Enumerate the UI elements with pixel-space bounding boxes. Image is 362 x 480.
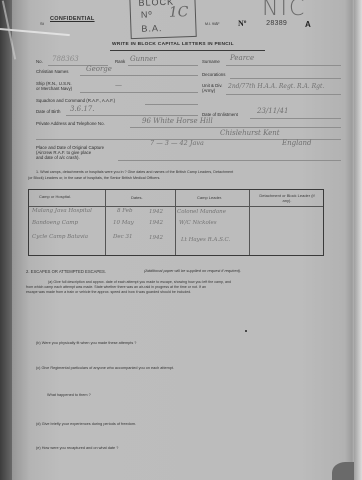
field-rule — [128, 65, 198, 66]
year-cell: 1942 — [149, 221, 163, 227]
column-divider — [175, 190, 176, 255]
date-cell: 8 Feb — [117, 209, 133, 215]
capture-value: 7 — 3 — 42 Java — [150, 140, 204, 147]
question-a-line1: (a) Give full description and approx. da… — [48, 280, 231, 284]
camps-table: Camp or Hospital. Dates. Camp Leader. De… — [28, 189, 324, 256]
field-rule — [80, 92, 198, 93]
unit-label-line2: (Army) — [202, 89, 215, 93]
stamp-line2: Nº — [141, 9, 153, 19]
enlistment-value: 23/11/41 — [257, 108, 288, 115]
confidential-prefix: St — [40, 22, 44, 26]
column-divider — [249, 190, 250, 255]
section2-note: (Additional paper will be supplied on re… — [144, 269, 241, 274]
surname-label: Surname — [202, 60, 220, 64]
column-header-block: Detachment or Block Leader (if any). — [255, 194, 319, 204]
year-cell: 1942 — [149, 236, 163, 242]
ship-value: — — [115, 82, 122, 89]
decorations-label: Decorations — [202, 73, 225, 77]
section2-title: 2. ESCAPES OR ATTEMPTED ESCAPES. — [26, 269, 106, 274]
question-d: (d) Give briefly your experiences during… — [36, 422, 136, 427]
confidential-label: CONFIDENTIAL — [50, 17, 95, 23]
squadron-label: Squadron and Command (R.A.F., A.A.F.) — [36, 99, 115, 103]
field-rule — [130, 127, 341, 128]
header-divider — [29, 206, 323, 207]
capture-label-line3: and date of a/c crash). — [36, 156, 80, 160]
field-rule — [250, 118, 341, 119]
form-title: WRITE IN BLOCK CAPITAL LETTERS IN PENCIL — [112, 43, 234, 48]
field-rule — [145, 104, 198, 105]
field-rule — [80, 75, 198, 76]
field-rule — [230, 78, 341, 79]
form-code: M.I. 9/ĀF — [205, 23, 220, 27]
dob-label: Date of Birth — [36, 110, 60, 114]
document-page: St CONFIDENTIAL BLOCK Nº B.A. 1C NIC M.I… — [0, 0, 362, 480]
address-line1: 96 White Horse Hill — [142, 118, 213, 125]
leader-cell: Colonel Mandane — [177, 210, 226, 216]
form-number-label: Nº — [238, 20, 246, 28]
no-label: No. — [36, 60, 43, 64]
title-underline — [110, 50, 265, 51]
date-cell: Dec 31 — [113, 235, 133, 241]
camp-cell: Cycle Camp Batavia — [32, 235, 88, 241]
no-value: 788363 — [52, 56, 79, 63]
question-c-followup: What happened to them ? — [47, 393, 91, 398]
column-divider — [105, 190, 106, 255]
question-a-line3: escape was made from a train or vehicle … — [26, 290, 191, 294]
field-rule — [226, 65, 341, 66]
camp-cell: Bandoeng Camp — [32, 221, 78, 227]
question-a-line2: from which camp each attempt was made. S… — [26, 285, 206, 289]
stamp-line3: B.A. — [141, 23, 162, 34]
form-number-suffix: A — [305, 21, 311, 29]
field-rule — [226, 94, 341, 95]
rank-value: Gunner — [130, 56, 157, 63]
address-line2: Chislehurst Kent — [220, 130, 280, 137]
stamp-handwritten: 1C — [169, 4, 189, 21]
ink-mark — [245, 330, 247, 332]
section1-text-line2: (or Block) Leaders or, in the case of ho… — [28, 176, 160, 181]
column-header-dates: Dates. — [131, 196, 143, 201]
section1-text-line1: 1. What camps, detachments or hospitals … — [36, 170, 233, 175]
surname-value: Pearce — [230, 55, 254, 62]
torn-corner — [332, 462, 354, 480]
address-line3: England — [282, 140, 312, 147]
year-cell: 1942 — [149, 210, 163, 216]
dob-value: 3.6.17. — [70, 106, 95, 113]
question-b: (b) Were you physically fit when you mad… — [36, 341, 136, 346]
leader-cell: W/C Nickoles — [179, 221, 217, 227]
column-header-camp: Camp or Hospital. — [39, 195, 71, 200]
field-rule — [118, 160, 341, 161]
unit-value: 2nd/77th H.A.A. Regt. R.A. Rgt. — [228, 84, 324, 90]
top-right-handwritten: NIC — [262, 0, 306, 21]
date-cell: 10 May — [113, 221, 134, 227]
christian-names-label: Christian Names — [36, 70, 68, 74]
block-stamp: BLOCK Nº B.A. 1C — [129, 0, 196, 39]
christian-names-value: George — [86, 66, 112, 73]
form-number-value: 28389 — [266, 21, 287, 28]
column-header-leader: Camp Leader. — [197, 196, 222, 201]
binder-edge — [0, 0, 12, 480]
page-edge — [354, 0, 362, 480]
question-c: (c) Give Regimental particulars of anyon… — [36, 366, 174, 371]
ship-label-line2: or Merchant Navy) — [36, 87, 72, 91]
field-rule — [66, 115, 198, 116]
camp-cell: Malang Java Hospital — [32, 209, 92, 215]
question-e: (e) How were you recaptured and on what … — [36, 446, 118, 451]
address-label: Private Address and Telephone No. — [36, 122, 105, 126]
leader-cell: Lt Hayes R.A.S.C. — [181, 238, 230, 244]
rank-label: Rank — [115, 60, 125, 64]
